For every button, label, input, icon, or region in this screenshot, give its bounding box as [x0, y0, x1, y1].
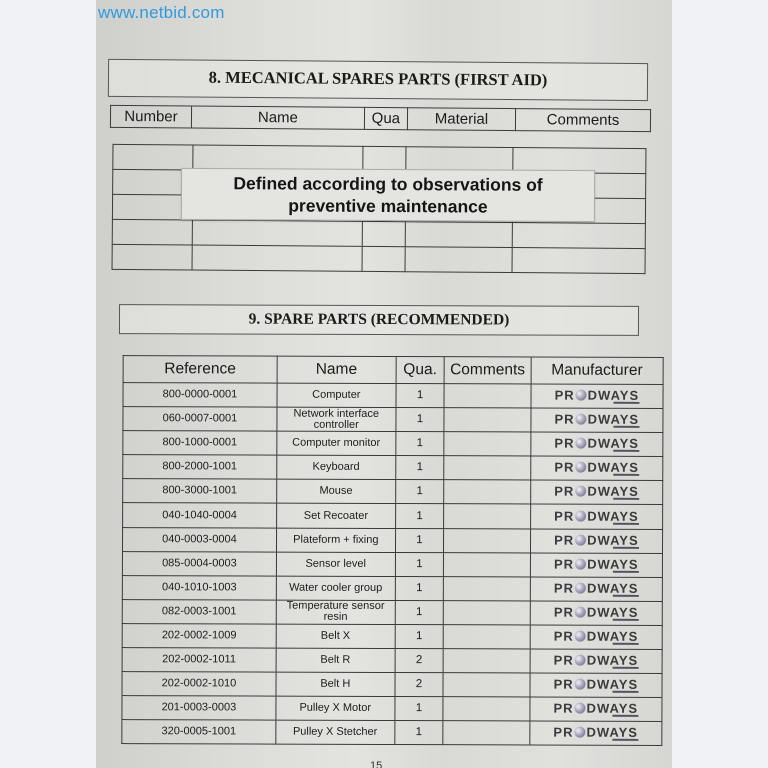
reference-cell: 040-0003-0004: [122, 527, 276, 552]
logo-suffix: DWAYS: [588, 390, 640, 401]
prodways-logo: PRDWAYS: [554, 558, 639, 569]
logo-prefix: PR: [554, 655, 574, 666]
logo-prefix: PR: [555, 390, 575, 401]
swoosh-icon: [612, 715, 638, 717]
logo-suffix: DWAYS: [587, 607, 639, 618]
name-cell: Temperature sensor resin: [276, 600, 395, 625]
logo-prefix: PR: [554, 558, 574, 569]
section-8-header-table: Number Name Qua Material Comments: [110, 105, 651, 132]
reference-cell: 320-0005-1001: [122, 720, 276, 745]
manufacturer-cell: PRDWAYS: [530, 456, 662, 481]
swoosh-icon: [613, 402, 639, 404]
name-cell: Computer monitor: [277, 431, 396, 456]
reference-cell: 800-1000-0001: [123, 431, 277, 456]
comments-cell: [443, 673, 529, 697]
comments-cell: [444, 408, 530, 432]
reference-cell: 085-0004-0003: [122, 551, 276, 576]
logo-suffix: DWAYS: [587, 510, 639, 521]
qty-cell: 1: [396, 408, 445, 432]
comments-cell: [444, 601, 530, 625]
column-header-qty: Qua.: [396, 357, 445, 384]
sphere-icon: [575, 582, 586, 593]
logo-prefix: PR: [554, 486, 574, 497]
logo-prefix: PR: [554, 534, 574, 545]
column-header: Comments: [515, 109, 650, 132]
swoosh-icon: [612, 667, 638, 669]
name-cell: Set Recoater: [276, 504, 395, 529]
swoosh-icon: [613, 498, 639, 500]
swoosh-icon: [613, 450, 639, 452]
prodways-logo: PRDWAYS: [554, 679, 639, 690]
logo-suffix: DWAYS: [587, 655, 639, 666]
table-row: 320-0005-1001Pulley X Stetcher1PRDWAYS: [122, 720, 662, 746]
prodways-logo: PRDWAYS: [554, 534, 639, 545]
table-cell: [512, 223, 645, 249]
sphere-icon: [575, 558, 586, 569]
table-row: 800-3000-1001Mouse1PRDWAYS: [123, 479, 663, 505]
sphere-icon: [575, 703, 586, 714]
logo-suffix: DWAYS: [587, 438, 639, 449]
sphere-icon: [576, 414, 587, 425]
manufacturer-cell: PRDWAYS: [531, 384, 663, 409]
logo-suffix: DWAYS: [588, 414, 640, 425]
qty-cell: 1: [395, 528, 444, 552]
spare-parts-table: Reference Name Qua. Comments Manufacture…: [121, 355, 663, 746]
qty-cell: 1: [395, 600, 444, 624]
comments-cell: [444, 480, 530, 504]
sphere-icon: [575, 631, 586, 642]
logo-suffix: DWAYS: [586, 727, 638, 738]
logo-suffix: DWAYS: [587, 558, 639, 569]
table-cell: [405, 247, 512, 273]
comments-cell: [444, 576, 530, 600]
table-row: 060-0007-0001Network interface controlle…: [123, 407, 663, 433]
qty-cell: 1: [395, 504, 444, 528]
swoosh-icon: [613, 546, 639, 548]
manufacturer-cell: PRDWAYS: [529, 721, 661, 746]
name-cell: Water cooler group: [276, 576, 395, 601]
swoosh-icon: [613, 570, 639, 572]
section-8-title: 8. MECANICAL SPARES PARTS (FIRST AID): [108, 59, 648, 101]
qty-cell: 2: [395, 649, 444, 673]
logo-prefix: PR: [554, 462, 574, 473]
table-cell: [362, 246, 405, 271]
sphere-icon: [575, 486, 586, 497]
swoosh-icon: [613, 522, 639, 524]
prodways-logo: PRDWAYS: [554, 655, 639, 666]
qty-cell: 1: [395, 480, 444, 504]
section-9-title: 9. SPARE PARTS (RECOMMENDED): [119, 304, 639, 336]
table-row: 800-2000-1001Keyboard1PRDWAYS: [123, 455, 663, 481]
manufacturer-cell: PRDWAYS: [530, 553, 662, 578]
reference-cell: 202-0002-1010: [122, 672, 276, 697]
manufacturer-cell: PRDWAYS: [530, 529, 662, 554]
manufacturer-cell: PRDWAYS: [530, 504, 662, 529]
prodways-logo: PRDWAYS: [555, 390, 640, 401]
table-row: 800-1000-0001Computer monitor1PRDWAYS: [123, 431, 663, 457]
column-header-manufacturer: Manufacturer: [531, 357, 663, 384]
name-cell: Mouse: [277, 479, 396, 504]
manufacturer-cell: PRDWAYS: [531, 432, 663, 457]
name-cell: Belt R: [276, 648, 395, 673]
logo-prefix: PR: [554, 510, 574, 521]
prodways-logo: PRDWAYS: [554, 510, 639, 521]
comments-cell: [443, 721, 529, 745]
comments-cell: [444, 432, 530, 456]
prodways-logo: PRDWAYS: [554, 606, 639, 617]
name-cell: Belt H: [276, 672, 395, 697]
swoosh-icon: [612, 595, 638, 597]
reference-cell: 202-0002-1011: [122, 648, 276, 673]
qty-cell: 1: [395, 624, 444, 648]
sphere-icon: [575, 462, 586, 473]
comments-cell: [443, 625, 529, 649]
manufacturer-cell: PRDWAYS: [530, 601, 662, 626]
table-row: 040-1010-1003Water cooler group1PRDWAYS: [122, 575, 662, 601]
qty-cell: 1: [395, 697, 444, 721]
manufacturer-cell: PRDWAYS: [530, 625, 662, 650]
table-cell: [405, 222, 512, 248]
table-cell: [512, 248, 645, 274]
sphere-icon: [575, 534, 586, 545]
reference-cell: 202-0002-1009: [122, 623, 276, 648]
table-row: 201-0003-0003Pulley X Motor1PRDWAYS: [122, 696, 662, 722]
table-row: 800-0000-0001Computer1PRDWAYS: [123, 383, 663, 409]
table-row: 040-0003-0004Plateform + fixing1PRDWAYS: [122, 527, 662, 553]
sphere-icon: [575, 655, 586, 666]
name-cell: Sensor level: [276, 552, 395, 577]
manufacturer-cell: PRDWAYS: [530, 697, 662, 722]
logo-prefix: PR: [554, 438, 574, 449]
comments-cell: [444, 504, 530, 528]
reference-cell: 040-1010-1003: [122, 575, 276, 600]
column-header-reference: Reference: [123, 356, 277, 384]
table-cell: [112, 244, 192, 270]
sphere-icon: [575, 679, 586, 690]
section-8-note: Defined according to observations of pre…: [181, 168, 595, 222]
column-header: Qua: [364, 107, 407, 129]
reference-cell: 082-0003-1001: [122, 599, 276, 624]
reference-cell: 201-0003-0003: [122, 696, 276, 721]
swoosh-icon: [612, 643, 638, 645]
column-header: Name: [191, 106, 364, 129]
watermark: www.netbid.com: [98, 3, 225, 23]
qty-cell: 1: [396, 432, 445, 456]
column-header-name: Name: [277, 356, 396, 383]
comments-cell: [443, 649, 529, 673]
logo-prefix: PR: [554, 606, 574, 617]
prodways-logo: PRDWAYS: [554, 582, 639, 593]
logo-suffix: DWAYS: [587, 703, 639, 714]
sphere-icon: [576, 390, 587, 401]
prodways-logo: PRDWAYS: [554, 486, 639, 497]
reference-cell: 800-3000-1001: [123, 479, 277, 504]
swoosh-icon: [613, 426, 639, 428]
sphere-icon: [575, 510, 586, 521]
prodways-logo: PRDWAYS: [555, 414, 640, 425]
qty-cell: 1: [395, 456, 444, 480]
prodways-logo: PRDWAYS: [554, 462, 639, 473]
reference-cell: 060-0007-0001: [123, 407, 277, 432]
table-cell: [363, 221, 406, 246]
page-number: 15: [370, 760, 382, 768]
logo-prefix: PR: [553, 727, 573, 738]
sphere-icon: [575, 438, 586, 449]
swoosh-icon: [612, 739, 638, 741]
sphere-icon: [575, 607, 586, 618]
column-header-comments: Comments: [444, 357, 530, 384]
name-cell: Belt X: [276, 624, 395, 649]
logo-suffix: DWAYS: [587, 631, 639, 642]
logo-prefix: PR: [554, 582, 574, 593]
qty-cell: 1: [395, 721, 444, 745]
comments-cell: [444, 384, 530, 408]
qty-cell: 1: [395, 576, 444, 600]
table-cell: [113, 144, 193, 170]
logo-suffix: DWAYS: [587, 486, 639, 497]
name-cell: Keyboard: [277, 455, 396, 480]
table-row: 202-0002-1011Belt R2PRDWAYS: [122, 648, 662, 674]
qty-cell: 1: [395, 552, 444, 576]
table-row: 202-0002-1009Belt X1PRDWAYS: [122, 623, 662, 649]
name-cell: Computer: [277, 383, 396, 408]
note-line-2: preventive maintenance: [182, 194, 594, 218]
prodways-logo: PRDWAYS: [554, 631, 639, 642]
logo-suffix: DWAYS: [587, 462, 639, 473]
comments-cell: [443, 697, 529, 721]
table-cell: [192, 245, 363, 271]
manufacturer-cell: PRDWAYS: [530, 480, 662, 505]
column-header: Number: [110, 105, 191, 128]
name-cell: Pulley X Motor: [276, 696, 395, 721]
swoosh-icon: [612, 619, 638, 621]
prodways-logo: PRDWAYS: [553, 703, 638, 714]
swoosh-icon: [612, 691, 638, 693]
logo-prefix: PR: [554, 679, 574, 690]
swoosh-icon: [613, 474, 639, 476]
sphere-icon: [574, 727, 585, 738]
prodways-logo: PRDWAYS: [554, 438, 639, 449]
reference-cell: 800-2000-1001: [123, 455, 277, 480]
comments-cell: [444, 528, 530, 552]
qty-cell: 1: [396, 384, 445, 408]
logo-suffix: DWAYS: [587, 679, 639, 690]
manufacturer-cell: PRDWAYS: [531, 408, 663, 433]
logo-suffix: DWAYS: [587, 582, 639, 593]
reference-cell: 040-1040-0004: [123, 503, 277, 528]
table-row: 085-0004-0003Sensor level1PRDWAYS: [122, 551, 662, 577]
name-cell: Plateform + fixing: [276, 528, 395, 553]
manufacturer-cell: PRDWAYS: [530, 649, 662, 674]
table-row: 202-0002-1010Belt H2PRDWAYS: [122, 672, 662, 698]
logo-prefix: PR: [554, 631, 574, 642]
column-header: Material: [407, 108, 515, 131]
logo-prefix: PR: [555, 414, 575, 425]
manufacturer-cell: PRDWAYS: [530, 577, 662, 602]
table-row: [112, 244, 645, 273]
note-line-1: Defined according to observations of: [182, 172, 594, 196]
table-row: 082-0003-1001Temperature sensor resin1PR…: [122, 599, 662, 625]
prodways-logo: PRDWAYS: [553, 727, 638, 738]
comments-cell: [444, 552, 530, 576]
logo-suffix: DWAYS: [587, 534, 639, 545]
name-cell: Network interface controller: [277, 407, 396, 432]
table-cell: [112, 219, 192, 245]
reference-cell: 800-0000-0001: [123, 383, 277, 408]
document-photo: www.netbid.com 8. MECANICAL SPARES PARTS…: [96, 0, 672, 768]
qty-cell: 2: [395, 673, 444, 697]
comments-cell: [444, 456, 530, 480]
table-cell: [192, 220, 363, 246]
manufacturer-cell: PRDWAYS: [530, 673, 662, 698]
name-cell: Pulley X Stetcher: [276, 720, 395, 745]
table-row: 040-1040-0004Set Recoater1PRDWAYS: [123, 503, 663, 529]
logo-prefix: PR: [553, 703, 573, 714]
